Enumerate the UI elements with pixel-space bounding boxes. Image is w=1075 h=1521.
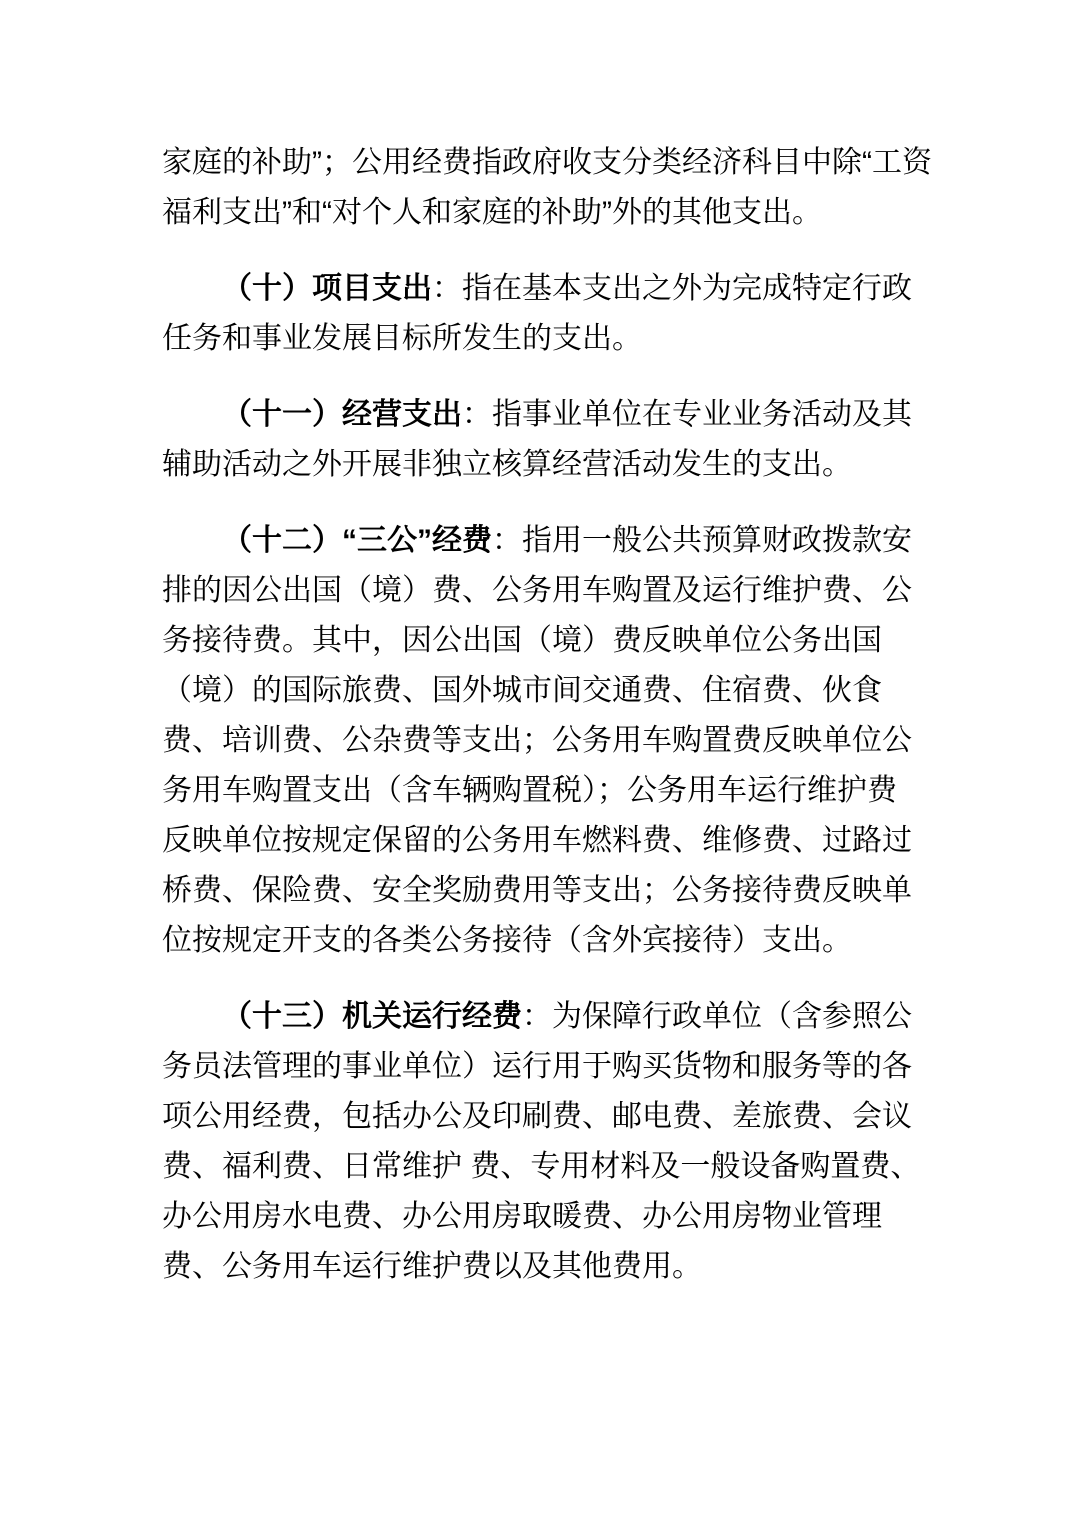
text-line: 排的因公出国（境）费、公务用车购置及运行维护费、公 <box>162 566 952 616</box>
text-line: （十一）经营支出：指事业单位在专业业务活动及其 <box>162 390 952 440</box>
text-line: （十二）“三公”经费：指用一般公共预算财政拨款安 <box>162 516 952 566</box>
text-line: 桥费、保险费、安全奖励费用等支出；公务接待费反映单 <box>162 866 952 916</box>
paragraph-continued: 家庭的补助”；公用经费指政府收支分类经济科目中除“工资 福利支出”和“对个人和家… <box>162 138 952 238</box>
text-line: 辅助活动之外开展非独立核算经营活动发生的支出。 <box>162 440 952 490</box>
text-line: 务员法管理的事业单位）运行用于购买货物和服务等的各 <box>162 1042 952 1092</box>
term-label: （十三）机关运行经费 <box>222 1000 522 1033</box>
text-line: 位按规定开支的各类公务接待（含外宾接待）支出。 <box>162 916 952 966</box>
text-line: 家庭的补助”；公用经费指政府收支分类经济科目中除“工资 <box>162 138 952 188</box>
body-text: 家庭的补助”；公用经费指政府收支分类经济科目中除“工资 <box>162 146 932 179</box>
paragraph-item-13: （十三）机关运行经费：为保障行政单位（含参照公 务员法管理的事业单位）运行用于购… <box>162 992 952 1292</box>
body-text: （境）的国际旅费、国外城市间交通费、住宿费、伙食 <box>162 674 882 707</box>
text-line: 项公用经费，包括办公及印刷费、邮电费、差旅费、会议 <box>162 1092 952 1142</box>
document-page: 家庭的补助”；公用经费指政府收支分类经济科目中除“工资 福利支出”和“对个人和家… <box>0 0 1075 1521</box>
text-line: 务接待费。其中，因公出国（境）费反映单位公务出国 <box>162 616 952 666</box>
term-label: （十一）经营支出 <box>222 398 462 431</box>
text-line: 费、培训费、公杂费等支出；公务用车购置费反映单位公 <box>162 716 952 766</box>
text-line: （十）项目支出：指在基本支出之外为完成特定行政 <box>162 264 952 314</box>
paragraph-item-10: （十）项目支出：指在基本支出之外为完成特定行政 任务和事业发展目标所发生的支出。 <box>162 264 952 364</box>
term-label: （十）项目支出 <box>222 272 432 305</box>
body-text: 务员法管理的事业单位）运行用于购买货物和服务等的各 <box>162 1050 912 1083</box>
body-text: 项公用经费，包括办公及印刷费、邮电费、差旅费、会议 <box>162 1100 912 1133</box>
body-text: ：指用一般公共预算财政拨款安 <box>492 524 912 557</box>
body-text: 位按规定开支的各类公务接待（含外宾接待）支出。 <box>162 924 852 957</box>
term-label: （十二）“三公”经费 <box>222 524 492 557</box>
text-line: 福利支出”和“对个人和家庭的补助”外的其他支出。 <box>162 188 952 238</box>
body-text: 费、培训费、公杂费等支出；公务用车购置费反映单位公 <box>162 724 912 757</box>
text-line: 费、福利费、日常维护 费、专用材料及一般设备购置费、 <box>162 1142 952 1192</box>
body-text: 费、公务用车运行维护费以及其他费用。 <box>162 1250 702 1283</box>
body-text: 务用车购置支出（含车辆购置税）；公务用车运行维护费 <box>162 774 897 807</box>
body-text: 福利支出”和“对个人和家庭的补助”外的其他支出。 <box>162 196 822 229</box>
text-line: 反映单位按规定保留的公务用车燃料费、维修费、过路过 <box>162 816 952 866</box>
text-line: 任务和事业发展目标所发生的支出。 <box>162 314 952 364</box>
text-line: （十三）机关运行经费：为保障行政单位（含参照公 <box>162 992 952 1042</box>
body-text: 费、福利费、日常维护 费、专用材料及一般设备购置费、 <box>162 1150 920 1183</box>
text-line: 务用车购置支出（含车辆购置税）；公务用车运行维护费 <box>162 766 952 816</box>
paragraph-item-11: （十一）经营支出：指事业单位在专业业务活动及其 辅助活动之外开展非独立核算经营活… <box>162 390 952 490</box>
body-text: 辅助活动之外开展非独立核算经营活动发生的支出。 <box>162 448 852 481</box>
body-text: 办公用房水电费、办公用房取暖费、办公用房物业管理 <box>162 1200 882 1233</box>
body-text: ：为保障行政单位（含参照公 <box>522 1000 912 1033</box>
body-text: ：指在基本支出之外为完成特定行政 <box>432 272 912 305</box>
paragraph-item-12: （十二）“三公”经费：指用一般公共预算财政拨款安 排的因公出国（境）费、公务用车… <box>162 516 952 966</box>
text-line: （境）的国际旅费、国外城市间交通费、住宿费、伙食 <box>162 666 952 716</box>
body-text: ：指事业单位在专业业务活动及其 <box>462 398 912 431</box>
body-text: 任务和事业发展目标所发生的支出。 <box>162 322 642 355</box>
body-text: 排的因公出国（境）费、公务用车购置及运行维护费、公 <box>162 574 912 607</box>
text-line: 办公用房水电费、办公用房取暖费、办公用房物业管理 <box>162 1192 952 1242</box>
body-text: 桥费、保险费、安全奖励费用等支出；公务接待费反映单 <box>162 874 912 907</box>
body-text: 反映单位按规定保留的公务用车燃料费、维修费、过路过 <box>162 824 912 857</box>
body-text: 务接待费。其中，因公出国（境）费反映单位公务出国 <box>162 624 882 657</box>
document-text-block: 家庭的补助”；公用经费指政府收支分类经济科目中除“工资 福利支出”和“对个人和家… <box>162 138 952 1292</box>
text-line: 费、公务用车运行维护费以及其他费用。 <box>162 1242 952 1292</box>
